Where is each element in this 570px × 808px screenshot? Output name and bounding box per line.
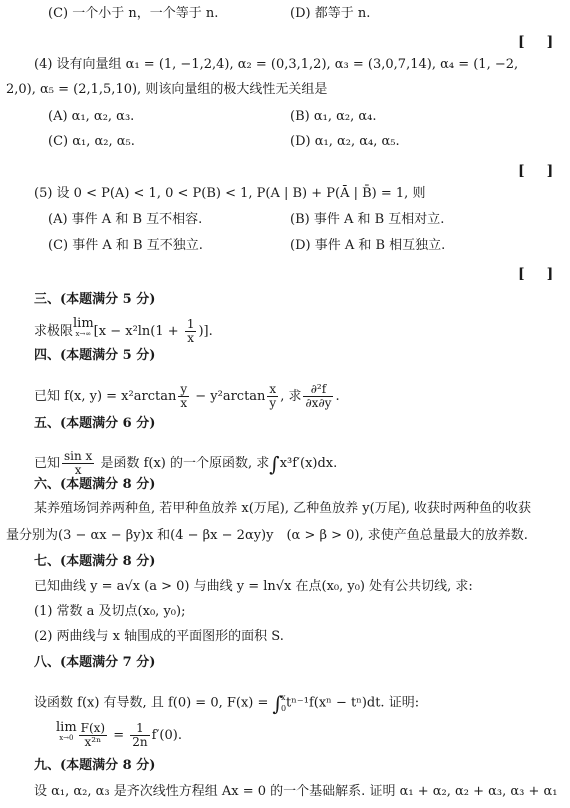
- fraction-denominator: y: [267, 397, 278, 410]
- q4-option-a: (A) α₁, α₂, α₃.: [48, 108, 134, 126]
- limit-subscript: x→∞: [73, 330, 94, 338]
- fraction-denominator: x²ⁿ: [79, 736, 107, 749]
- q4-stem-line1: (4) 设有向量组 α₁ = (1, −1,2,4), α₂ = (0,3,1,…: [34, 56, 518, 74]
- fraction-partial-derivative: ∂²f∂x∂y: [303, 383, 333, 410]
- q4-answer-bracket[interactable]: []: [518, 163, 553, 179]
- q3-option-c: (C) 一个小于 n，一个等于 n.: [48, 5, 218, 23]
- bracket-left: [: [518, 163, 525, 179]
- q5-option-c: (C) 事件 A 和 B 互不独立.: [48, 237, 203, 255]
- fraction-numerator: 1: [130, 722, 149, 736]
- section-9-header: 九、(本题满分 8 分): [34, 757, 155, 775]
- limit-operator: limx→0: [56, 722, 77, 742]
- section-4-mid: − y²arctan: [191, 389, 265, 404]
- fraction-x-over-y: xy: [267, 383, 278, 410]
- section-5-prefix: 已知: [34, 456, 60, 471]
- bracket-right: ]: [547, 163, 554, 179]
- section-3-suffix: )].: [198, 324, 212, 339]
- section-9-line1: 设 α₁, α₂, α₃ 是齐次线性方程组 Ax = 0 的一个基础解系. 证明…: [34, 783, 558, 801]
- section-4-header: 四、(本题满分 5 分): [34, 347, 155, 365]
- section-7-item2: (2) 两曲线与 x 轴围成的平面图形的面积 S.: [34, 628, 284, 646]
- section-5-body: 已知sin xx 是函数 f(x) 的一个原函数, 求∫x³f′(x)dx.: [34, 450, 337, 477]
- q4-option-b: (B) α₁, α₂, α₄.: [290, 108, 376, 126]
- section-8-suffix: tⁿ⁻¹f(xⁿ − tⁿ)dt. 证明:: [286, 696, 419, 711]
- section-8-limit-equation: limx→0F(x)x²ⁿ = 12nf′(0).: [56, 722, 182, 749]
- q5-option-d: (D) 事件 A 和 B 相互独立.: [290, 237, 445, 255]
- limit-operator: limx→∞: [73, 318, 94, 338]
- section-6-header: 六、(本题满分 8 分): [34, 476, 155, 494]
- integral-sign-icon: ∫: [269, 452, 279, 476]
- limit-label: lim: [56, 720, 77, 735]
- fraction-rhs: 12n: [130, 722, 149, 749]
- bracket-left: [: [518, 266, 525, 282]
- fraction-numerator: sin x: [62, 450, 94, 464]
- bracket-right: ]: [547, 34, 554, 50]
- limit-subscript: x→0: [56, 734, 77, 742]
- fraction-numerator: x: [267, 383, 278, 397]
- fraction-numerator: 1: [185, 318, 197, 332]
- q4-option-d: (D) α₁, α₂, α₄, α₅.: [290, 133, 400, 151]
- q3-option-d: (D) 都等于 n.: [290, 5, 370, 23]
- section-7-item1: (1) 常数 a 及切点(x₀, y₀);: [34, 603, 185, 621]
- fraction-numerator: y: [178, 383, 189, 397]
- q4-option-c: (C) α₁, α₂, α₅.: [48, 133, 135, 151]
- fraction-numerator: F(x): [79, 722, 107, 736]
- fraction-denominator: x: [185, 332, 197, 345]
- section-3-prefix: 求极限: [34, 324, 73, 339]
- section-4-ask: , 求: [280, 389, 301, 404]
- section-4-prefix: 已知 f(x, y) = x²arctan: [34, 389, 176, 404]
- fraction-y-over-x: yx: [178, 383, 189, 410]
- fraction-denominator: 2n: [130, 736, 149, 749]
- section-3-expr: [x − x²ln(1 +: [94, 324, 183, 339]
- fraction-denominator: x: [178, 397, 189, 410]
- section-3-body: 求极限limx→∞[x − x²ln(1 + 1x)].: [34, 318, 213, 345]
- q5-stem: (5) 设 0 < P(A) < 1, 0 < P(B) < 1, P(A | …: [34, 185, 425, 203]
- section-8-prefix: 设函数 f(x) 有导数, 且 f(0) = 0, F(x) =: [34, 696, 273, 711]
- section-8-header: 八、(本题满分 7 分): [34, 654, 155, 672]
- fraction-lhs: F(x)x²ⁿ: [79, 722, 107, 749]
- q5-option-a: (A) 事件 A 和 B 互不相容.: [48, 211, 202, 229]
- section-7-header: 七、(本题满分 8 分): [34, 553, 155, 571]
- bracket-left: [: [518, 34, 525, 50]
- section-3-header: 三、(本题满分 5 分): [34, 291, 155, 309]
- fraction-denominator: ∂x∂y: [303, 397, 333, 410]
- q4-stem-line2: 2,0), α₅ = (2,1,5,10), 则该向量组的极大线性无关组是: [6, 81, 327, 99]
- fraction-sinx-over-x: sin xx: [62, 450, 94, 477]
- q5-answer-bracket[interactable]: []: [518, 266, 553, 282]
- section-5-mid: 是函数 f(x) 的一个原函数, 求: [96, 456, 269, 471]
- q5-option-b: (B) 事件 A 和 B 互相对立.: [290, 211, 444, 229]
- section-5-integrand: x³f′(x)dx.: [280, 456, 338, 471]
- fraction-numerator: ∂²f: [303, 383, 333, 397]
- section-7-line1: 已知曲线 y = a√x (a > 0) 与曲线 y = ln√x 在点(x₀,…: [34, 578, 473, 596]
- equals-sign: =: [109, 728, 128, 743]
- section-8-rhs-tail: f′(0).: [152, 728, 182, 743]
- section-6-line2: 量分别为(3 − αx − βy)x 和(4 − βx − 2αy)y (α >…: [6, 527, 528, 545]
- section-8-line1: 设函数 f(x) 有导数, 且 f(0) = 0, F(x) = ∫x0tⁿ⁻¹…: [34, 692, 419, 714]
- section-6-line1: 某养殖场饲养两种鱼, 若甲种鱼放养 x(万尾), 乙种鱼放养 y(万尾), 收获…: [34, 500, 531, 518]
- q3-answer-bracket[interactable]: []: [518, 34, 553, 50]
- bracket-right: ]: [547, 266, 554, 282]
- fraction: 1x: [185, 318, 197, 345]
- section-5-header: 五、(本题满分 6 分): [34, 415, 155, 433]
- section-4-end: .: [335, 389, 339, 404]
- section-4-body: 已知 f(x, y) = x²arctanyx − y²arctanxy, 求∂…: [34, 383, 340, 410]
